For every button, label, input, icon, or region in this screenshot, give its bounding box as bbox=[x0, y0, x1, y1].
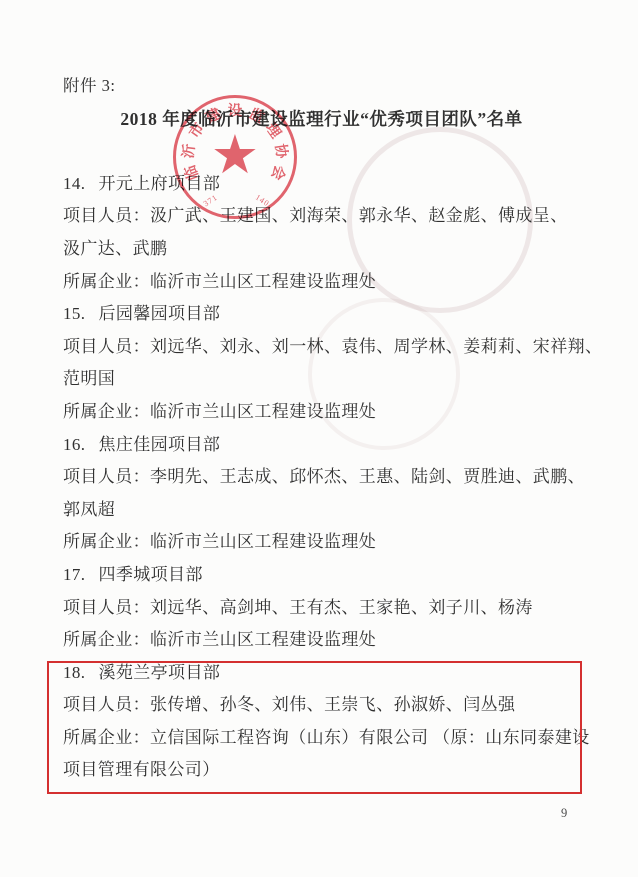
entry-line: 所属企业：立信国际工程咨询（山东）有限公司 （原：山东同泰建设 bbox=[63, 722, 580, 755]
star-icon: ★ bbox=[211, 128, 259, 182]
entry-number: 15. bbox=[63, 304, 85, 323]
seal-arc-char: 沂 bbox=[177, 142, 200, 159]
entry-14: 14.开元上府项目部项目人员：汲广武、王建国、刘海荣、郭永华、赵金彪、傅成呈、汲… bbox=[63, 168, 580, 298]
entry-name: 溪苑兰亭项目部 bbox=[98, 663, 220, 682]
entry-line: 项目人员：刘远华、刘永、刘一林、袁伟、周学林、姜莉莉、宋祥翔、 bbox=[63, 331, 580, 364]
entry-line: 项目人员：刘远华、高剑坤、王有杰、王家艳、刘子川、杨涛 bbox=[63, 592, 580, 625]
entry-heading: 16.焦庄佳园项目部 bbox=[63, 429, 580, 462]
entry-15: 15.后园馨园项目部项目人员：刘远华、刘永、刘一林、袁伟、周学林、姜莉莉、宋祥翔… bbox=[63, 298, 580, 428]
entry-number: 17. bbox=[63, 565, 85, 584]
entry-name: 焦庄佳园项目部 bbox=[98, 435, 220, 454]
entry-number: 16. bbox=[63, 435, 85, 454]
entry-line: 项目人员：李明先、王志成、邱怀杰、王惠、陆剑、贾胜迪、武鹏、 bbox=[63, 461, 580, 494]
entry-heading: 17.四季城项目部 bbox=[63, 559, 580, 592]
entry-number: 14. bbox=[63, 174, 85, 193]
entry-line: 项目人员：汲广武、王建国、刘海荣、郭永华、赵金彪、傅成呈、 bbox=[63, 200, 580, 233]
entry-name: 四季城项目部 bbox=[98, 565, 202, 584]
entry-line: 所属企业：临沂市兰山区工程建设监理处 bbox=[63, 266, 580, 299]
seal-arc-char: 协 bbox=[270, 142, 293, 159]
entry-line: 项目人员：张传增、孙冬、刘伟、王崇飞、孙淑娇、闫丛强 bbox=[63, 689, 580, 722]
page-number: 9 bbox=[561, 806, 567, 821]
entry-number: 18. bbox=[63, 663, 85, 682]
document-title: 2018 年度临沂市建设监理行业“优秀项目团队”名单 bbox=[63, 103, 580, 136]
entry-line: 郭凤超 bbox=[63, 494, 580, 527]
entry-line: 项目管理有限公司） bbox=[63, 754, 580, 787]
entry-heading: 14.开元上府项目部 bbox=[63, 168, 580, 201]
entry-name: 后园馨园项目部 bbox=[98, 304, 220, 323]
entry-18: 18.溪苑兰亭项目部项目人员：张传增、孙冬、刘伟、王崇飞、孙淑娇、闫丛强所属企业… bbox=[63, 657, 580, 787]
entry-line: 所属企业：临沂市兰山区工程建设监理处 bbox=[63, 396, 580, 429]
entries-list: 14.开元上府项目部项目人员：汲广武、王建国、刘海荣、郭永华、赵金彪、傅成呈、汲… bbox=[63, 168, 580, 787]
entry-line: 汲广达、武鹏 bbox=[63, 233, 580, 266]
entry-heading: 15.后园馨园项目部 bbox=[63, 298, 580, 331]
entry-17: 17.四季城项目部项目人员：刘远华、高剑坤、王有杰、王家艳、刘子川、杨涛所属企业… bbox=[63, 559, 580, 657]
entry-line: 范明国 bbox=[63, 363, 580, 396]
entry-16: 16.焦庄佳园项目部项目人员：李明先、王志成、邱怀杰、王惠、陆剑、贾胜迪、武鹏、… bbox=[63, 429, 580, 559]
entry-line: 所属企业：临沂市兰山区工程建设监理处 bbox=[63, 526, 580, 559]
attachment-label: 附件 3: bbox=[63, 70, 580, 103]
official-seal: ★ 临沂市建设监理协会 371 140 bbox=[173, 95, 297, 219]
entry-line: 所属企业：临沂市兰山区工程建设监理处 bbox=[63, 624, 580, 657]
document-page: 附件 3: 2018 年度临沂市建设监理行业“优秀项目团队”名单 14.开元上府… bbox=[0, 0, 638, 877]
document-content: 附件 3: 2018 年度临沂市建设监理行业“优秀项目团队”名单 14.开元上府… bbox=[63, 70, 580, 787]
entry-heading: 18.溪苑兰亭项目部 bbox=[63, 657, 580, 690]
seal-arc-char: 设 bbox=[228, 100, 243, 121]
